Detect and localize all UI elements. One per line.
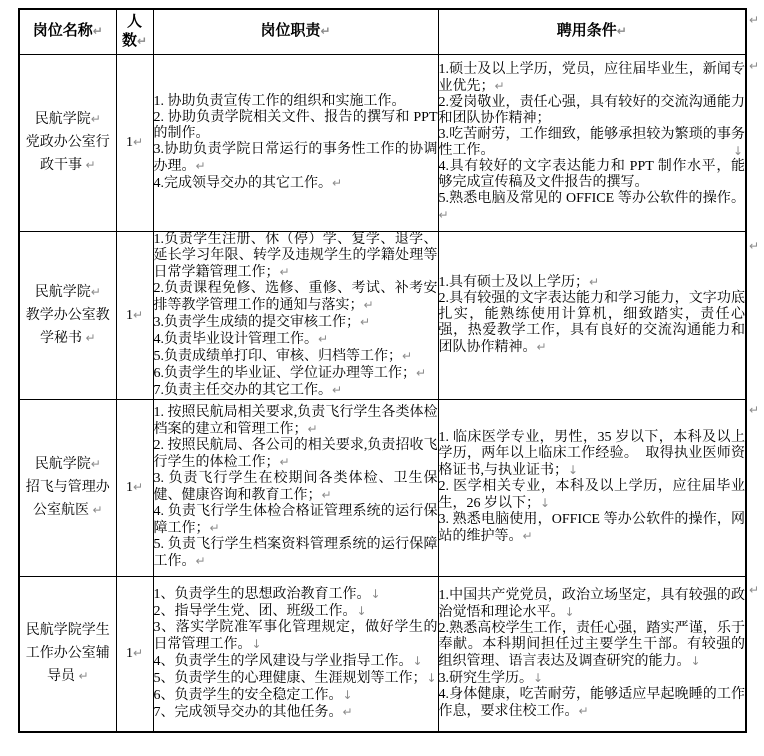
paragraph: 3.负责学生成绩的提交审核工作；↵ — [154, 314, 438, 331]
row-end-paragraph-mark: ↵ — [749, 240, 759, 252]
paragraph-text: 1. 按照民航局相关要求,负责飞行学生各类体检档案的建立和管理工作； — [154, 405, 438, 437]
cell-conditions[interactable]: 1. 临床医学专业，男性，35 岁以下，本科及以上学历，两年以上临床工作经验。 … — [438, 399, 746, 576]
cell-position-name[interactable]: 民航学院学生工作办公室辅导员 ↵ — [19, 576, 116, 732]
document-page: 岗位名称↵人数↵岗位职责↵聘用条件↵ 民航学院↵党政办公室行政干事 ↵1↵1. … — [0, 0, 764, 756]
paragraph: 民航学院↵ — [20, 281, 116, 304]
paragraph-text: 2.爱岗敬业，责任心强，具有较好的交流沟通能力和团队协作精神； — [439, 95, 746, 126]
table-row: 民航学院学生工作办公室辅导员 ↵1↵1、负责学生的思想政治教育工作。↓2、指导学… — [19, 576, 746, 732]
paragraph: 4.完成领导交办的其它工作。↵ — [154, 175, 438, 192]
paragraph-mark-icon: ↵ — [91, 285, 101, 299]
paragraph: 6.负责学生的毕业证、学位证办理等工作；↵ — [154, 365, 438, 382]
paragraph-text: 7.负责主任交办的其它工作。 — [154, 383, 333, 398]
paragraph-text: 1、负责学生的思想政治教育工作。 — [154, 587, 371, 602]
paragraph-text: 1. 协助负责宣传工作的组织和实施工作。 — [154, 94, 406, 109]
paragraph-mark-icon: ↵ — [439, 208, 449, 222]
paragraph: 民航学院学生工作办公室辅导员 ↵ — [20, 619, 116, 688]
paragraph-text: 4.具有较好的文字表达能力和 PPT 制作水平，能够完成宣传稿及文件报告的撰写。 — [439, 159, 746, 190]
paragraph-mark-icon: ↵ — [280, 265, 290, 279]
paragraph: 4. 负责飞行学生体检合格证管理系统的运行保障工作；↵ — [154, 504, 438, 537]
paragraph-text: 3. 熟悉电脑使用，OFFICE 等办公软件的操作，网站的维护等。 — [439, 512, 746, 544]
paragraph-text: 1.中国共产党党员，政治立场坚定，具有较强的政治觉悟和理论水平。 — [439, 588, 746, 620]
paragraph: 4.具有较好的文字表达能力和 PPT 制作水平，能够完成宣传稿及文件报告的撰写。 — [439, 159, 746, 191]
paragraph-text: 2. 协助负责学院相关文件、报告的撰写和 PPT 的制作。 — [154, 110, 438, 141]
cell-conditions[interactable]: 1.中国共产党党员，政治立场坚定，具有较强的政治觉悟和理论水平。↓2.熟悉高校学… — [438, 576, 746, 732]
paragraph-text: 2、指导学生党、团、班级工作。 — [154, 604, 357, 619]
paragraph-text: 6、负责学生的安全稳定工作。 — [154, 688, 343, 703]
cell-headcount[interactable]: 1↵ — [116, 231, 153, 399]
paragraph: 民航学院↵ — [20, 108, 116, 131]
table-row: 民航学院↵党政办公室行政干事 ↵1↵1. 协助负责宣传工作的组织和实施工作。2.… — [19, 54, 746, 231]
paragraph-text: 教学办公室教学秘书 — [26, 308, 110, 346]
table-header: 岗位名称↵人数↵岗位职责↵聘用条件↵ — [19, 9, 746, 54]
paragraph: 2.具有较强的文字表达能力和学习能力，文字功底扎实，能熟练使用计算机，细致踏实，… — [439, 291, 746, 356]
line-break-mark-icon: ↓ — [413, 654, 423, 668]
cell-position-name[interactable]: 民航学院↵教学办公室教学秘书 ↵ — [19, 231, 116, 399]
cell-headcount[interactable]: 1↵ — [116, 399, 153, 576]
table-row: 民航学院↵招飞与管理办公室航医 ↵1↵1. 按照民航局相关要求,负责飞行学生各类… — [19, 399, 746, 576]
table-header-row: 岗位名称↵人数↵岗位职责↵聘用条件↵ — [19, 9, 746, 54]
line-break-mark-icon: ↓ — [540, 496, 550, 510]
paragraph: 4、负责学生的学风建设与学业指导工作。↓ — [154, 653, 438, 670]
paragraph-mark-icon: ↵ — [91, 112, 101, 126]
paragraph-mark-icon: ↵ — [495, 79, 505, 93]
paragraph-mark-icon: ↵ — [93, 24, 103, 38]
paragraph: 3、落实学院准军事化管理规定，做好学生的日常管理工作。↓ — [154, 620, 438, 653]
paragraph: 1.中国共产党党员，政治立场坚定，具有较强的政治觉悟和理论水平。↓ — [439, 588, 746, 621]
paragraph-mark-icon: ↵ — [133, 135, 143, 149]
paragraph: 1. 按照民航局相关要求,负责飞行学生各类体检档案的建立和管理工作；↵ — [154, 405, 438, 438]
paragraph-text: 3.负责学生成绩的提交审核工作； — [154, 315, 361, 330]
paragraph-mark-icon: ↵ — [589, 275, 599, 289]
paragraph-text: 2. 按照民航局、各公司的相关要求,负责招收飞行学生的体检工作； — [154, 438, 438, 470]
header-text: 数 — [122, 33, 137, 49]
table-body: 民航学院↵党政办公室行政干事 ↵1↵1. 协助负责宣传工作的组织和实施工作。2.… — [19, 54, 746, 732]
col-header-headcount[interactable]: 人数↵ — [116, 9, 153, 54]
paragraph: 2. 按照民航局、各公司的相关要求,负责招收飞行学生的体检工作；↵ — [154, 438, 438, 471]
paragraph-text: 民航学院 — [35, 285, 91, 300]
paragraph-mark-icon: ↵ — [78, 669, 88, 683]
paragraph: 3.吃苦耐劳，工作细致，能够承担较为繁琐的事务性工作。↓ — [439, 127, 746, 159]
paragraph-text: 1 — [126, 135, 133, 150]
paragraph-text: 4、负责学生的学风建设与学业指导工作。 — [154, 654, 413, 669]
line-break-mark-icon: ↓ — [252, 637, 262, 651]
table-row: 民航学院↵教学办公室教学秘书 ↵1↵1.负责学生注册、休（停）学、复学、退学、延… — [19, 231, 746, 399]
paragraph-text: 3.吃苦耐劳，工作细致，能够承担较为繁琐的事务性工作。 — [439, 127, 746, 158]
paragraph: 7.负责主任交办的其它工作。↵ — [154, 382, 438, 399]
paragraph-text: 4.负责毕业设计管理工作。 — [154, 332, 319, 347]
paragraph: 3.研究生学历。↓ — [439, 670, 746, 687]
line-break-mark-icon: ↓ — [533, 671, 543, 685]
paragraph-text: 4. 负责飞行学生体检合格证管理系统的运行保障工作； — [154, 504, 438, 536]
paragraph: 2. 医学相关专业，本科及以上学历，应往届毕业生，26 岁以下；↓ — [439, 479, 746, 512]
paragraph: 1.负责学生注册、休（停）学、复学、退学、延长学习年限、转学及违规学生的学籍处理… — [154, 232, 438, 281]
paragraph-mark-icon: ↵ — [92, 503, 102, 517]
line-break-mark-icon: ↓ — [343, 688, 353, 702]
paragraph-text: 3. 负责飞行学生在校期间各类体检、卫生保健、健康咨询和教育工作； — [154, 471, 438, 503]
paragraph: 3. 负责飞行学生在校期间各类体检、卫生保健、健康咨询和教育工作；↵ — [154, 471, 438, 504]
paragraph-text: 2. 医学相关专业，本科及以上学历，应往届毕业生，26 岁以下； — [439, 479, 746, 511]
paragraph-text: 5.负责成绩单打印、审核、归档等工作； — [154, 349, 403, 364]
paragraph-mark-icon: ↵ — [133, 646, 143, 660]
paragraph-mark-icon: ↵ — [210, 521, 220, 535]
paragraph-mark-icon: ↵ — [523, 529, 533, 543]
paragraph-mark-icon: ↵ — [137, 34, 147, 48]
header-text: 岗位名称 — [33, 23, 93, 39]
paragraph: 7、完成领导交办的其他任务。↵ — [154, 704, 438, 721]
paragraph-text: 1 — [126, 646, 133, 661]
row-end-paragraph-mark: ↵ — [749, 584, 759, 596]
line-break-mark-icon: ↓ — [357, 604, 367, 618]
paragraph-mark-icon: ↵ — [364, 298, 374, 312]
paragraph: 教学办公室教学秘书 ↵ — [20, 304, 116, 350]
paragraph-mark-icon: ↵ — [332, 383, 342, 397]
paragraph-text: 4.完成领导交办的其它工作。 — [154, 176, 333, 191]
paragraph: 2. 协助负责学院相关文件、报告的撰写和 PPT 的制作。 — [154, 110, 438, 142]
paragraph-mark-icon: ↵ — [537, 340, 547, 354]
paragraph-mark-icon: ↵ — [91, 457, 101, 471]
header-text: 人 — [127, 14, 142, 30]
paragraph-mark-icon: ↵ — [416, 366, 426, 380]
row-end-paragraph-mark: ↵ — [749, 60, 759, 72]
paragraph-text: 民航学院 — [35, 457, 91, 472]
paragraph-text: 2.具有较强的文字表达能力和学习能力，文字功底扎实，能熟练使用计算机，细致踏实，… — [439, 291, 746, 355]
job-table: 岗位名称↵人数↵岗位职责↵聘用条件↵ 民航学院↵党政办公室行政干事 ↵1↵1. … — [18, 8, 747, 733]
paragraph-text: 5.熟悉电脑及常见的 OFFICE 等办公软件的操作。 — [439, 191, 746, 206]
paragraph: 1. 协助负责宣传工作的组织和实施工作。 — [154, 94, 438, 110]
line-break-mark-icon: ↓ — [565, 605, 575, 619]
paragraph: 5、负责学生的心理健康、生涯规划等工作；↓ — [154, 670, 438, 687]
paragraph-mark-icon: ↵ — [402, 349, 412, 363]
paragraph-text: 1.具有硕士及以上学历； — [439, 275, 590, 290]
row-end-paragraph-mark: ↵ — [749, 14, 759, 26]
cell-duties[interactable]: 1、负责学生的思想政治教育工作。↓2、指导学生党、团、班级工作。↓3、落实学院准… — [153, 576, 438, 732]
paragraph-mark-icon: ↵ — [617, 24, 627, 38]
cell-position-name[interactable]: 民航学院↵党政办公室行政干事 ↵ — [19, 54, 116, 231]
paragraph: 党政办公室行政干事 ↵ — [20, 131, 116, 177]
paragraph: 4.负责毕业设计管理工作。↵ — [154, 331, 438, 348]
paragraph-text: 3、落实学院准军事化管理规定，做好学生的日常管理工作。 — [154, 620, 438, 652]
paragraph-mark-icon: ↵ — [320, 24, 330, 38]
paragraph-text: 6.负责学生的毕业证、学位证办理等工作； — [154, 366, 417, 381]
paragraph: 1↵ — [117, 306, 153, 325]
paragraph-text: 5、负责学生的心理健康、生涯规划等工作； — [154, 671, 427, 686]
paragraph: 3. 熟悉电脑使用，OFFICE 等办公软件的操作，网站的维护等。↵ — [439, 512, 746, 545]
paragraph-mark-icon: ↵ — [133, 480, 143, 494]
paragraph-text: 1 — [126, 308, 133, 323]
paragraph: 1↵ — [117, 133, 153, 152]
cell-duties[interactable]: 1. 按照民航局相关要求,负责飞行学生各类体检档案的建立和管理工作；↵2. 按照… — [153, 399, 438, 576]
col-header-duties[interactable]: 岗位职责↵ — [153, 9, 438, 54]
paragraph-mark-icon: ↵ — [579, 704, 589, 718]
paragraph: 5.负责成绩单打印、审核、归档等工作；↵ — [154, 348, 438, 365]
paragraph: 招飞与管理办公室航医 ↵ — [20, 476, 116, 522]
paragraph-mark-icon: ↵ — [343, 705, 353, 719]
line-break-mark-icon: ↓ — [733, 143, 743, 159]
paragraph: 2.爱岗敬业，责任心强，具有较好的交流沟通能力和团队协作精神； — [439, 95, 746, 127]
paragraph-text: 民航学院学生工作办公室辅导员 — [26, 623, 110, 684]
paragraph-text: 民航学院 — [35, 112, 91, 127]
paragraph-mark-icon: ↵ — [332, 176, 342, 190]
header-text: 岗位职责 — [260, 23, 320, 39]
paragraph-text: 3.研究生学历。 — [439, 671, 534, 686]
paragraph-mark-icon: ↵ — [133, 308, 143, 322]
col-header-conditions[interactable]: 聘用条件↵ — [438, 9, 746, 54]
row-end-paragraph-mark: ↵ — [749, 404, 759, 416]
paragraph: 1↵ — [117, 644, 153, 663]
paragraph-mark-icon: ↵ — [196, 159, 206, 173]
paragraph-mark-icon: ↵ — [280, 455, 290, 469]
line-break-mark-icon: ↓ — [691, 654, 701, 668]
paragraph-mark-icon: ↵ — [360, 315, 370, 329]
paragraph-mark-icon: ↵ — [322, 488, 332, 502]
paragraph: 1↵ — [117, 478, 153, 497]
header-text: 聘用条件 — [557, 23, 617, 39]
paragraph: 3.协助负责学院日常运行的事务性工作的协调办理。↵ — [154, 142, 438, 175]
paragraph: 5.熟悉电脑及常见的 OFFICE 等办公软件的操作。↵ — [439, 191, 746, 224]
cell-headcount[interactable]: 1↵ — [116, 576, 153, 732]
paragraph: 1. 临床医学专业，男性，35 岁以下，本科及以上学历，两年以上临床工作经验。 … — [439, 430, 746, 479]
cell-duties[interactable]: 1. 协助负责宣传工作的组织和实施工作。2. 协助负责学院相关文件、报告的撰写和… — [153, 54, 438, 231]
paragraph-text: 2.负责课程免修、选修、重修、考试、补考安排等教学管理工作的通知与落实； — [154, 281, 438, 313]
paragraph-text: 1 — [126, 480, 133, 495]
paragraph-text: 1.负责学生注册、休（停）学、复学、退学、延长学习年限、转学及违规学生的学籍处理… — [154, 232, 438, 280]
paragraph: 2、指导学生党、团、班级工作。↓ — [154, 603, 438, 620]
cell-headcount[interactable]: 1↵ — [116, 54, 153, 231]
col-header-position-name[interactable]: 岗位名称↵ — [19, 9, 116, 54]
line-break-mark-icon: ↓ — [568, 463, 578, 477]
cell-position-name[interactable]: 民航学院↵招飞与管理办公室航医 ↵ — [19, 399, 116, 576]
paragraph-text: 党政办公室行政干事 — [26, 135, 110, 173]
paragraph: 民航学院↵ — [20, 453, 116, 476]
line-break-mark-icon: ↓ — [371, 587, 381, 601]
paragraph-mark-icon: ↵ — [318, 332, 328, 346]
paragraph: 1、负责学生的思想政治教育工作。↓ — [154, 586, 438, 603]
cell-conditions[interactable]: 1.具有硕士及以上学历；↵2.具有较强的文字表达能力和学习能力，文字功底扎实，能… — [438, 231, 746, 399]
paragraph-text: 1. 临床医学专业，男性，35 岁以下，本科及以上学历，两年以上临床工作经验。 … — [439, 430, 746, 478]
paragraph-text: 7、完成领导交办的其他任务。 — [154, 705, 343, 720]
paragraph-mark-icon: ↵ — [308, 422, 318, 436]
paragraph: 2.负责课程免修、选修、重修、考试、补考安排等教学管理工作的通知与落实；↵ — [154, 281, 438, 314]
paragraph: 2.熟悉高校学生工作，责任心强，踏实严谨，乐于奉献。本科期间担任过主要学生干部。… — [439, 621, 746, 670]
paragraph: 4.身体健康，吃苦耐劳，能够适应早起晚睡的工作作息，要求住校工作。↵ — [439, 687, 746, 720]
paragraph-text: 1.硕士及以上学历，党员，应往届毕业生，新闻专业优先； — [439, 62, 746, 94]
paragraph-mark-icon: ↵ — [196, 554, 206, 568]
cell-conditions[interactable]: 1.硕士及以上学历，党员，应往届毕业生，新闻专业优先；↵2.爱岗敬业，责任心强，… — [438, 54, 746, 231]
paragraph-mark-icon: ↵ — [85, 331, 95, 345]
cell-duties[interactable]: 1.负责学生注册、休（停）学、复学、退学、延长学习年限、转学及违规学生的学籍处理… — [153, 231, 438, 399]
line-break-mark-icon: ↓ — [427, 671, 437, 685]
paragraph: 1.硕士及以上学历，党员，应往届毕业生，新闻专业优先；↵ — [439, 62, 746, 95]
paragraph: 5. 负责飞行学生档案资料管理系统的运行保障工作。↵ — [154, 537, 438, 570]
paragraph: 6、负责学生的安全稳定工作。↓ — [154, 687, 438, 704]
paragraph-mark-icon: ↵ — [85, 158, 95, 172]
paragraph: 1.具有硕士及以上学历；↵ — [439, 274, 746, 291]
paragraph-text: 4.身体健康，吃苦耐劳，能够适应早起晚睡的工作作息，要求住校工作。 — [439, 687, 746, 719]
